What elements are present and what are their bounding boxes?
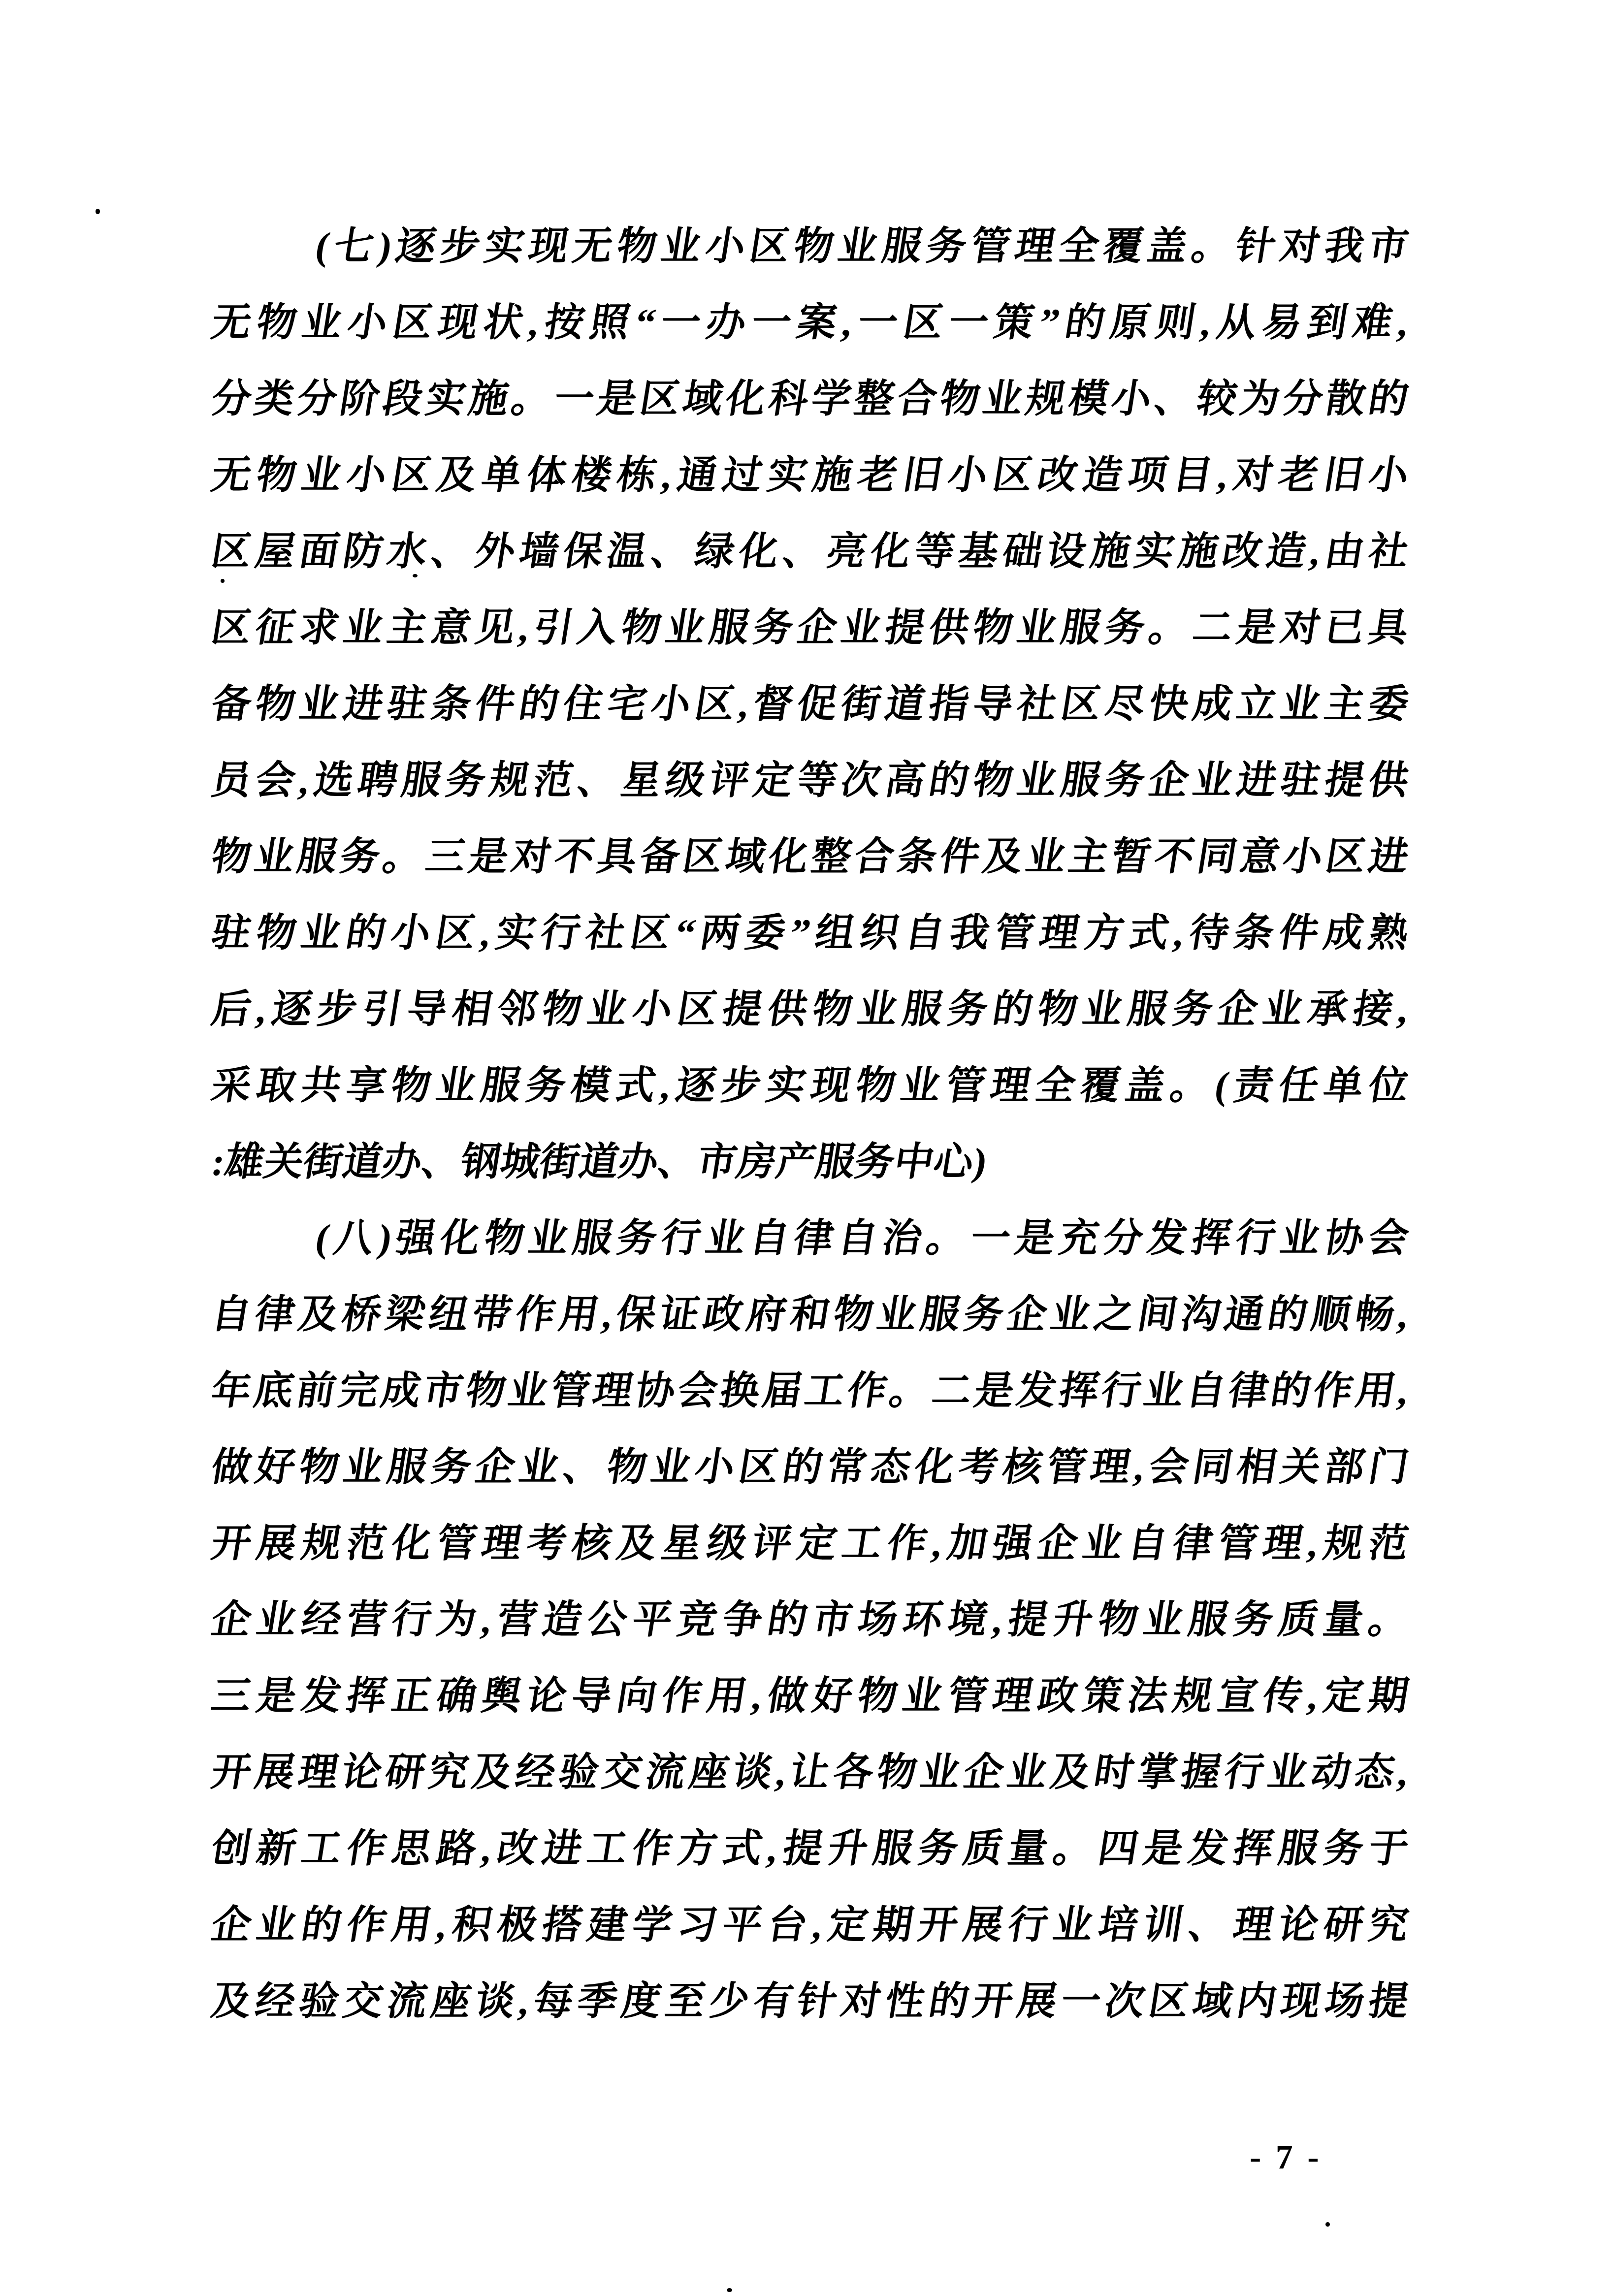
text-line: 区屋面防水、外墙保温、绿化、亮化等基础设施实施改造,由社 <box>206 514 1415 590</box>
text-line: 企业的作用,积极搭建学习平台,定期开展行业培训、理论研究 <box>206 1887 1415 1964</box>
text-line: 员会,选聘服务规范、星级评定等次高的物业服务企业进驻提供 <box>206 743 1415 819</box>
page-number: - 7 - <box>1250 2136 1322 2180</box>
text-line: 后,逐步引导相邻物业小区提供物业服务的物业服务企业承接, <box>206 972 1415 1048</box>
text-line: 三是发挥正确舆论导向作用,做好物业管理政策法规宣传,定期 <box>206 1658 1415 1735</box>
text-line: 做好物业服务企业、物业小区的常态化考核管理,会同相关部门 <box>206 1430 1415 1506</box>
scan-artifact-dot <box>1325 2222 1330 2227</box>
document-body: (七)逐步实现无物业小区物业服务管理全覆盖。针对我市无物业小区现状,按照“一办一… <box>212 209 1408 2040</box>
scan-artifact-dot <box>221 579 225 583</box>
text-line: 采取共享物业服务模式,逐步实现物业管理全覆盖。(责任单位 <box>206 1048 1415 1124</box>
scan-artifact-dot <box>413 574 418 577</box>
text-line: 年底前完成市物业管理协会换届工作。二是发挥行业自律的作用, <box>206 1353 1415 1430</box>
text-line: 物业服务。三是对不具备区域化整合条件及业主暂不同意小区进 <box>206 819 1415 895</box>
scanned-document-page: (七)逐步实现无物业小区物业服务管理全覆盖。针对我市无物业小区现状,按照“一办一… <box>0 0 1614 2296</box>
text-line: 区征求业主意见,引入物业服务企业提供物业服务。二是对已具 <box>206 590 1415 667</box>
text-line: (八)强化物业服务行业自律自治。一是充分发挥行业协会 <box>206 1201 1415 1277</box>
text-line: 及经验交流座谈,每季度至少有针对性的开展一次区域内现场提 <box>206 1964 1415 2040</box>
text-line: 无物业小区现状,按照“一办一案,一区一策”的原则,从易到难, <box>206 285 1415 361</box>
text-line: 备物业进驻条件的住宅小区,督促街道指导社区尽快成立业主委 <box>206 667 1415 743</box>
text-line: 分类分阶段实施。一是区域化科学整合物业规模小、较为分散的 <box>206 361 1415 438</box>
scan-artifact-dot <box>96 209 100 214</box>
text-line: 开展理论研究及经验交流座谈,让各物业企业及时掌握行业动态, <box>206 1735 1415 1811</box>
text-line: 创新工作思路,改进工作方式,提升服务质量。四是发挥服务于 <box>206 1811 1415 1887</box>
paragraph: (七)逐步实现无物业小区物业服务管理全覆盖。针对我市无物业小区现状,按照“一办一… <box>212 209 1408 1201</box>
scan-artifact-dot <box>727 2288 732 2292</box>
text-line: 开展规范化管理考核及星级评定工作,加强企业自律管理,规范 <box>206 1506 1415 1582</box>
paragraph: (八)强化物业服务行业自律自治。一是充分发挥行业协会自律及桥梁纽带作用,保证政府… <box>212 1201 1408 2040</box>
text-line: 驻物业的小区,实行社区“两委”组织自我管理方式,待条件成熟 <box>206 895 1415 972</box>
text-line: 企业经营行为,营造公平竞争的市场环境,提升物业服务质量。 <box>206 1582 1415 1658</box>
text-line: :雄关街道办、钢城街道办、市房产服务中心) <box>206 1124 1415 1201</box>
text-line: 无物业小区及单体楼栋,通过实施老旧小区改造项目,对老旧小 <box>206 438 1415 514</box>
text-line: (七)逐步实现无物业小区物业服务管理全覆盖。针对我市 <box>206 209 1415 285</box>
text-line: 自律及桥梁纽带作用,保证政府和物业服务企业之间沟通的顺畅, <box>206 1277 1415 1353</box>
